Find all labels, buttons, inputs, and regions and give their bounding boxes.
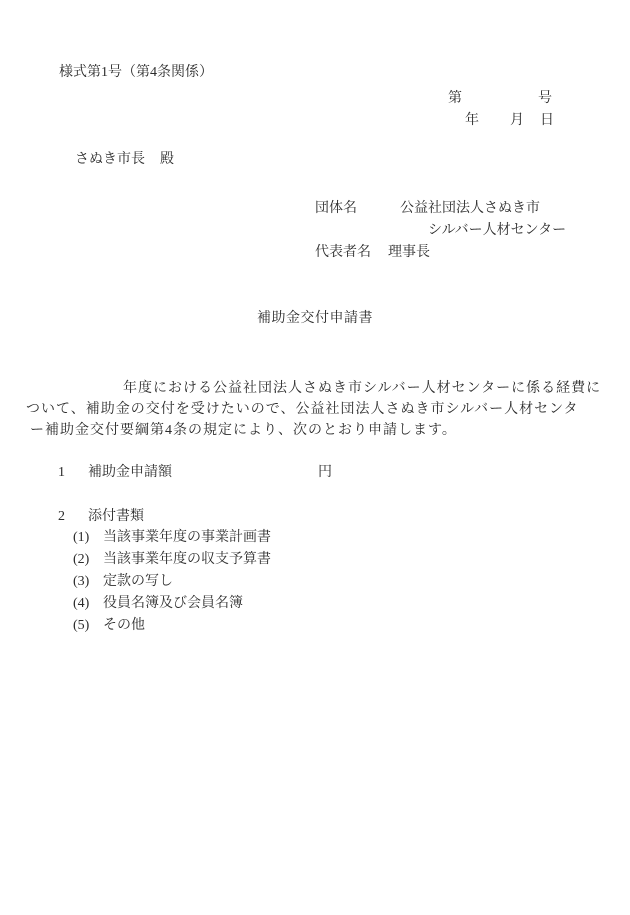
section1-label: 補助金申請額 xyxy=(88,464,172,482)
doc-number-suffix: 号 xyxy=(538,90,552,108)
applicant-group-name-line2: シルバー人材センター xyxy=(428,222,566,240)
addressee-honorific: 殿 xyxy=(160,151,174,169)
form-number-note: 様式第1号（第4条関係） xyxy=(59,64,213,82)
application-form-page: 様式第1号（第4条関係） 第 号 年 月 日 さぬき市長 殿 団体名 公益社団法… xyxy=(0,0,630,915)
attachment-item-text: その他 xyxy=(103,617,145,635)
attachment-item-number: (1) xyxy=(73,529,89,547)
section2-label: 添付書類 xyxy=(88,508,144,526)
addressee-name: さぬき市長 xyxy=(75,151,145,169)
applicant-representative-label: 代表者名 xyxy=(315,244,371,262)
applicant-group-label: 団体名 xyxy=(315,200,357,218)
date-day-label: 日 xyxy=(540,112,554,130)
attachment-item-number: (2) xyxy=(73,551,89,569)
applicant-group-name-line1: 公益社団法人さぬき市 xyxy=(400,200,540,218)
attachment-item-number: (5) xyxy=(73,617,89,635)
date-month-label: 月 xyxy=(510,112,524,130)
attachment-item-text: 定款の写し xyxy=(103,573,173,591)
applicant-representative-title: 理事長 xyxy=(388,244,430,262)
attachment-item-text: 役員名簿及び会員名簿 xyxy=(103,595,243,613)
doc-number-prefix: 第 xyxy=(448,90,462,108)
date-year-label: 年 xyxy=(465,112,479,130)
body-paragraph-line-3: ー補助金交付要綱第4条の規定により、次のとおり申請します。 xyxy=(30,422,457,440)
section2-number: 2 xyxy=(58,508,65,526)
attachment-item-text: 当該事業年度の収支予算書 xyxy=(103,551,271,569)
attachment-item-number: (3) xyxy=(73,573,89,591)
body-paragraph-line-1: 年度における公益社団法人さぬき市シルバー人材センターに係る経費に xyxy=(123,380,601,398)
document-title: 補助金交付申請書 xyxy=(0,310,630,328)
attachment-item-text: 当該事業年度の事業計画書 xyxy=(103,529,271,547)
body-paragraph-line-2: ついて、補助金の交付を受けたいので、公益社団法人さぬき市シルバー人材センタ xyxy=(26,401,579,419)
section1-unit-yen: 円 xyxy=(318,464,332,482)
attachment-item-number: (4) xyxy=(73,595,89,613)
section1-number: 1 xyxy=(58,464,65,482)
